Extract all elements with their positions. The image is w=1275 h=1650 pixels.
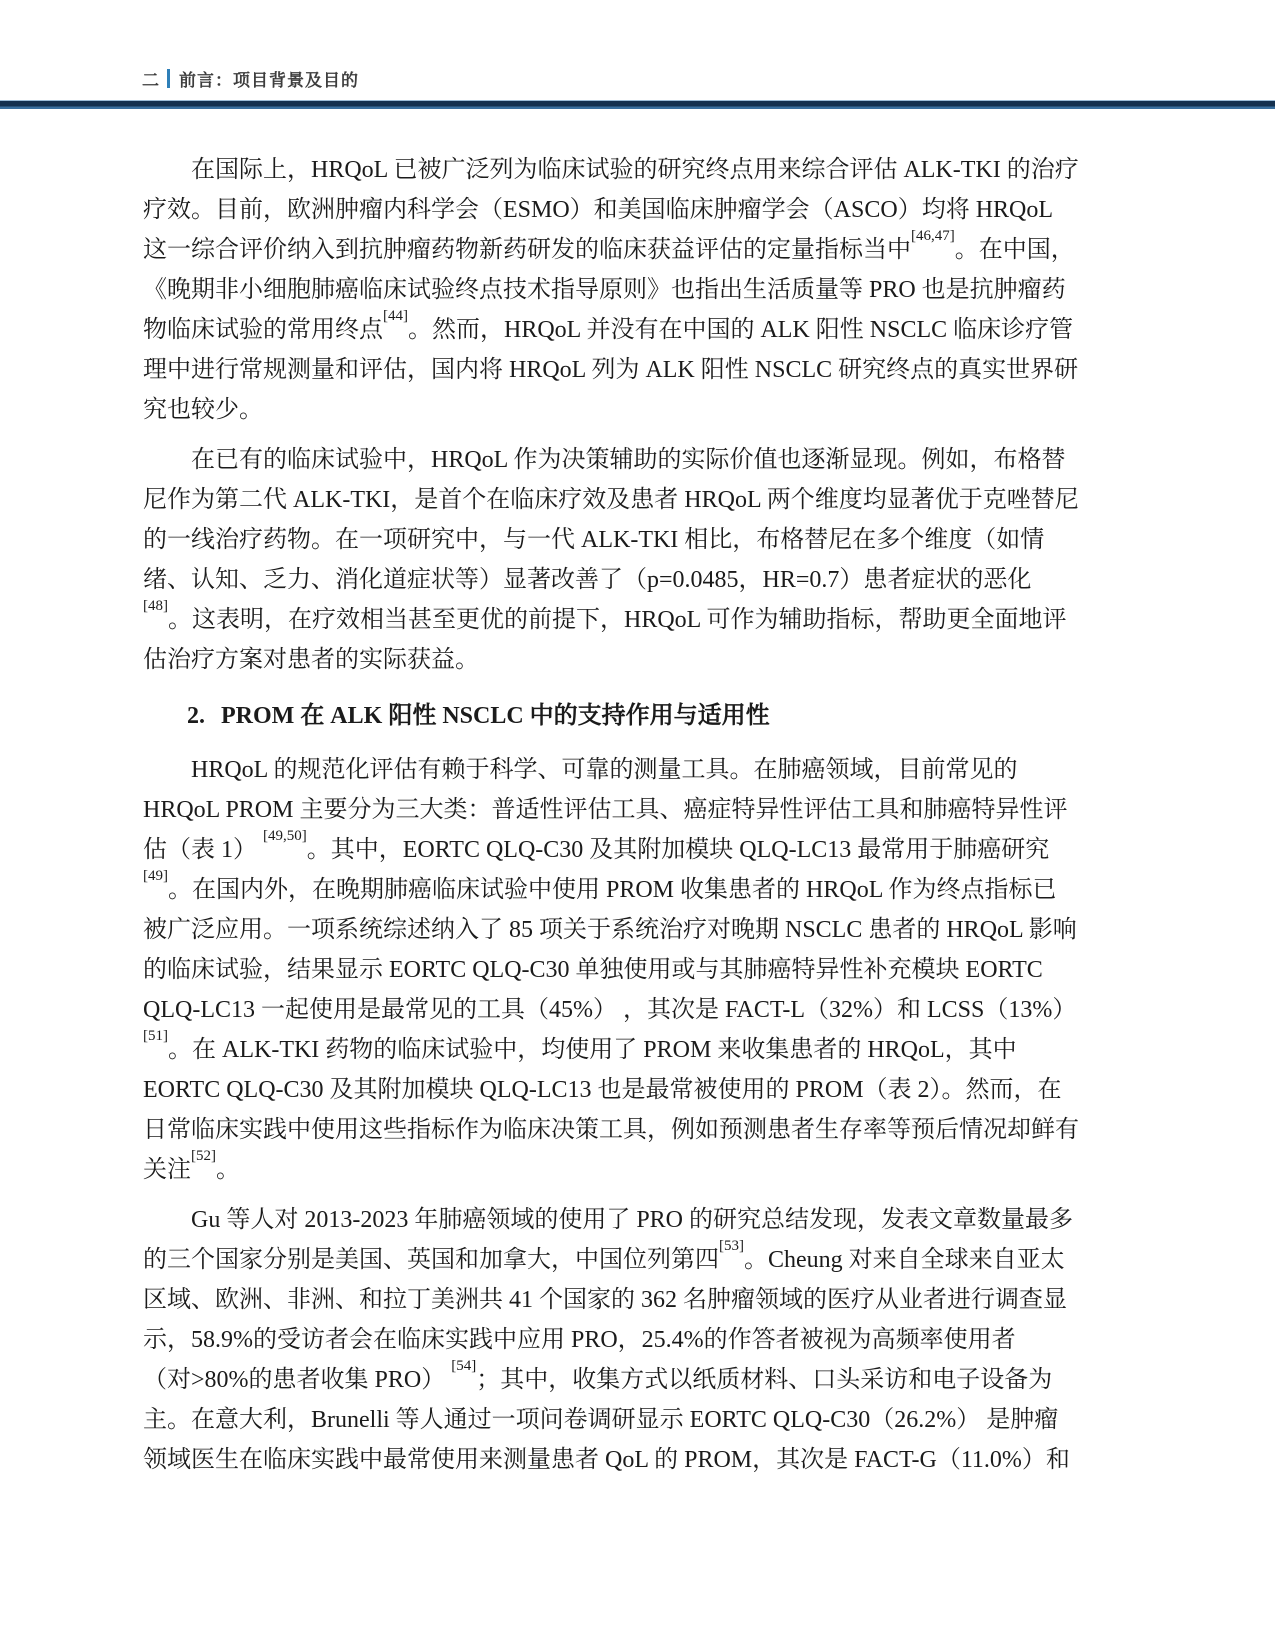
citation-superscript: [46,47] (911, 228, 955, 244)
paragraph: Gu 等人对 2013-2023 年肺癌领域的使用了 PRO 的研究总结发现，发… (143, 1200, 1137, 1480)
text-line: 领域医生在临床实践中最常使用来测量患者 QoL 的 PROM，其次是 FACT-… (143, 1440, 1137, 1480)
text-line: QLQ-LC13 一起使用是最常见的工具（45%） ，其次是 FACT-L（32… (143, 990, 1137, 1030)
citation-superscript: [54] (451, 1358, 476, 1374)
text-line: 主。在意大利，Brunelli 等人通过一项问卷调研显示 EORTC QLQ-C… (143, 1400, 1137, 1440)
text-line: 估（表 1） [49,50]。其中，EORTC QLQ-C30 及其附加模块 Q… (143, 830, 1137, 870)
text-line: 在国际上，HRQoL 已被广泛列为临床试验的研究终点用来综合评估 ALK-TKI… (143, 150, 1137, 190)
text-line: 究也较少。 (143, 390, 1137, 430)
text-line: HRQoL 的规范化评估有赖于科学、可靠的测量工具。在肺癌领域，目前常见的 (143, 750, 1137, 790)
text-line: 疗效。目前，欧洲肿瘤内科学会（ESMO）和美国临床肿瘤学会（ASCO）均将 HR… (143, 190, 1137, 230)
text-line: 示，58.9%的受访者会在临床实践中应用 PRO，25.4%的作答者被视为高频率… (143, 1320, 1137, 1360)
text-line: [49]。在国内外，在晚期肺癌临床试验中使用 PROM 收集患者的 HRQoL … (143, 870, 1137, 910)
text-line: 区域、欧洲、非洲、和拉丁美洲共 41 个国家的 362 名肿瘤领域的医疗从业者进… (143, 1280, 1137, 1320)
citation-superscript: [48] (143, 598, 168, 614)
text-line: 在已有的临床试验中，HRQoL 作为决策辅助的实际价值也逐渐显现。例如，布格替 (143, 440, 1137, 480)
text-line: 关注[52]。 (143, 1150, 1137, 1190)
running-header: 二 前言：项目背景及目的 (142, 66, 359, 91)
citation-superscript: [49] (143, 868, 168, 884)
text-line: 《晚期非小细胞肺癌临床试验终点技术指导原则》也指出生活质量等 PRO 也是抗肿瘤… (143, 270, 1137, 310)
text-line: 的一线治疗药物。在一项研究中，与一代 ALK-TKI 相比，布格替尼在多个维度（… (143, 520, 1137, 560)
text-line: （对>80%的患者收集 PRO） [54]；其中，收集方式以纸质材料、口头采访和… (143, 1360, 1137, 1400)
header-section-title: 前言：项目背景及目的 (179, 66, 359, 91)
citation-superscript: [51] (143, 1028, 168, 1044)
heading-number: 2. (187, 703, 205, 729)
header-divider-rule (0, 100, 1275, 109)
text-line: 这一综合评价纳入到抗肿瘤药物新药研发的临床获益评估的定量指标当中[46,47]。… (143, 230, 1137, 270)
paragraph: 在国际上，HRQoL 已被广泛列为临床试验的研究终点用来综合评估 ALK-TKI… (143, 150, 1137, 430)
text-line: 估治疗方案对患者的实际获益。 (143, 640, 1137, 680)
heading-text: PROM 在 ALK 阳性 NSCLC 中的支持作用与适用性 (221, 703, 770, 729)
text-line: 尼作为第二代 ALK-TKI，是首个在临床疗效及患者 HRQoL 两个维度均显著… (143, 480, 1137, 520)
text-line: EORTC QLQ-C30 及其附加模块 QLQ-LC13 也是最常被使用的 P… (143, 1070, 1137, 1110)
citation-superscript: [49,50] (263, 828, 307, 844)
text-line: 理中进行常规测量和评估，国内将 HRQoL 列为 ALK 阳性 NSCLC 研究… (143, 350, 1137, 390)
chapter-marker: 二 (142, 66, 160, 91)
text-line: 被广泛应用。一项系统综述纳入了 85 项关于系统治疗对晚期 NSCLC 患者的 … (143, 910, 1137, 950)
citation-superscript: [44] (383, 308, 408, 324)
document-page: 二 前言：项目背景及目的 在国际上，HRQoL 已被广泛列为临床试验的研究终点用… (0, 0, 1275, 1650)
paragraph: HRQoL 的规范化评估有赖于科学、可靠的测量工具。在肺癌领域，目前常见的HRQ… (143, 750, 1137, 1190)
text-line: 物临床试验的常用终点[44]。然而，HRQoL 并没有在中国的 ALK 阳性 N… (143, 310, 1137, 350)
header-accent-bar (167, 69, 170, 88)
text-line: 的三个国家分别是美国、英国和加拿大，中国位列第四[53]。Cheung 对来自全… (143, 1240, 1137, 1280)
document-body: 在国际上，HRQoL 已被广泛列为临床试验的研究终点用来综合评估 ALK-TKI… (143, 150, 1137, 1490)
text-line: Gu 等人对 2013-2023 年肺癌领域的使用了 PRO 的研究总结发现，发… (143, 1200, 1137, 1240)
citation-superscript: [53] (719, 1238, 744, 1254)
text-line: HRQoL PROM 主要分为三大类：普适性评估工具、癌症特异性评估工具和肺癌特… (143, 790, 1137, 830)
text-line: 绪、认知、乏力、消化道症状等）显著改善了（p=0.0485，HR=0.7）患者症… (143, 560, 1137, 600)
citation-superscript: [52] (191, 1148, 216, 1164)
paragraph: 在已有的临床试验中，HRQoL 作为决策辅助的实际价值也逐渐显现。例如，布格替尼… (143, 440, 1137, 680)
text-line: [48]。这表明，在疗效相当甚至更优的前提下，HRQoL 可作为辅助指标，帮助更… (143, 600, 1137, 640)
text-line: 的临床试验，结果显示 EORTC QLQ-C30 单独使用或与其肺癌特异性补充模… (143, 950, 1137, 990)
section-heading: 2.PROM 在 ALK 阳性 NSCLC 中的支持作用与适用性 (143, 696, 1137, 736)
text-line: [51]。在 ALK-TKI 药物的临床试验中，均使用了 PROM 来收集患者的… (143, 1030, 1137, 1070)
text-line: 日常临床实践中使用这些指标作为临床决策工具，例如预测患者生存率等预后情况却鲜有 (143, 1110, 1137, 1150)
